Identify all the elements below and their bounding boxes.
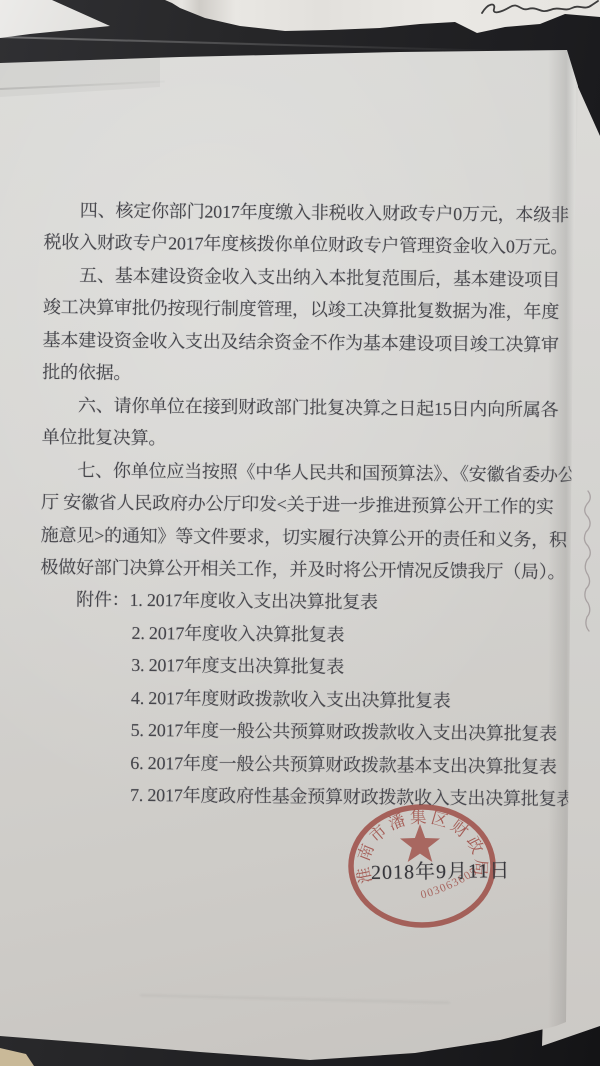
text-line: 极做好部门决算公开相关工作，并及时将公开情况反馈我厅（局）。 (40, 551, 572, 589)
document-photo: 四、核定你部门2017年度缴入非税收入财政专户0万元，本级非税收入财政专户201… (0, 0, 600, 1066)
text-line: 施意见>的通知》等文件要求，切实履行决算公开的责任和义务，积 (41, 519, 573, 557)
text-line: 4. 2017年度财政拨款收入支出决算批复表 (39, 681, 571, 719)
text-line: 七、你单位应当按照《中华人民共和国预算法》、《安徽省委办公 (41, 454, 573, 492)
faint-margin-handwriting (577, 485, 599, 655)
text-line: 基本建设资金收入支出及结余资金不作为基本建设项目竣工决算审 (42, 324, 574, 362)
text-line: 5. 2017年度一般公共预算财政拨款收入支出决算批复表 (39, 713, 571, 751)
text-line: 批的依据。 (42, 356, 574, 394)
text-line: 单位批复决算。 (42, 421, 574, 459)
text-line: 3. 2017年度支出决算批复表 (39, 648, 571, 686)
text-line: 竣工决算审批仍按现行制度管理，以竣工决算批复数据为准，年度 (43, 291, 575, 329)
issue-date: 2018年9月11日 (371, 854, 511, 885)
text-line: 2. 2017年度收入决算批复表 (40, 616, 572, 654)
document-body: 四、核定你部门2017年度缴入非税收入财政专户0万元，本级非税收入财政专户201… (38, 194, 576, 816)
text-line: 五、基本建设资金收入支出纳入本批复范围后，基本建设项目 (43, 259, 575, 297)
document-page: 四、核定你部门2017年度缴入非税收入财政专户0万元，本级非税收入财政专户201… (0, 0, 600, 1066)
text-line: 四、核定你部门2017年度缴入非税收入财政专户0万元，本级非 (44, 194, 576, 232)
text-line: 六、请你单位在接到财政部门批复决算之日起15日内向所属各 (42, 389, 574, 427)
text-line: 附件：1. 2017年度收入支出决算批复表 (40, 583, 572, 621)
text-line: 厅 安徽省人民政府办公厅印发<关于进一步推进预算公开工作的实 (41, 486, 573, 524)
text-line: 税收入财政专户2017年度核拨你单位财政专户管理资金收入0万元。 (43, 226, 575, 264)
page-crease-bottom (140, 994, 450, 1004)
